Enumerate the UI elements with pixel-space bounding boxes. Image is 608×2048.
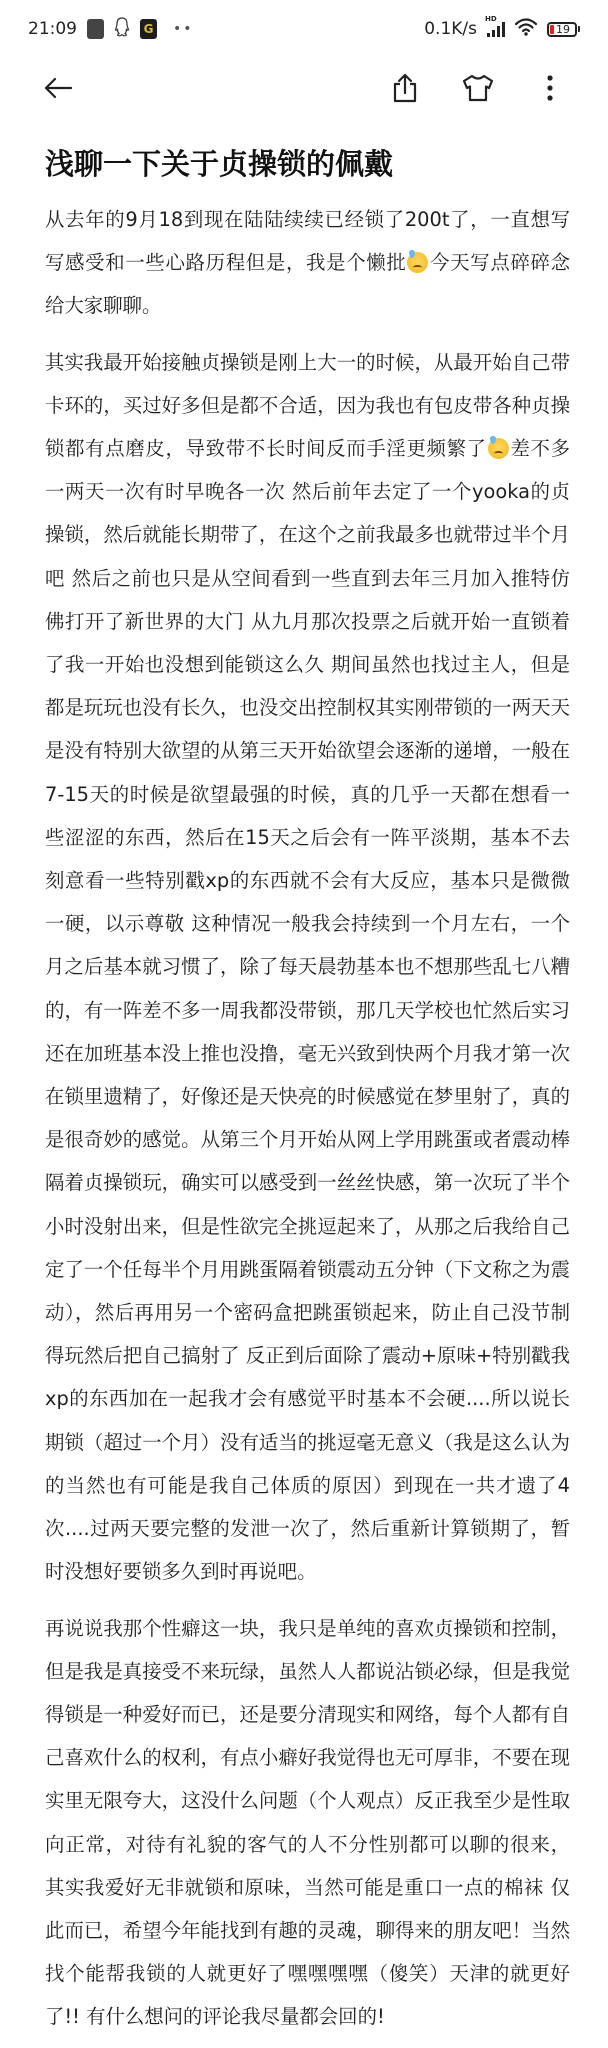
article-body: 从去年的9月18到现在陆陆续续已经锁了200t了，一直想写写感受和一些心路历程但… [45,198,570,2048]
clock: 21:09 [28,19,77,39]
back-button[interactable] [38,70,78,110]
battery-level-indicator [550,25,554,34]
hd-label: HD [485,15,497,23]
status-right: 0.1K/s HD 19 [424,18,580,41]
more-options-button[interactable] [530,70,570,110]
qq-penguin-icon [114,17,130,42]
hd-signal-icon: HD [487,21,505,37]
network-speed: 0.1K/s [424,19,477,39]
wifi-icon [515,18,537,41]
downcast-sweat-face-emoji-icon [407,252,428,273]
arrow-left-icon [43,77,73,103]
g-app-icon: G [140,19,157,39]
paragraph-text: 差不多一两天一次有时早晚各一次 然后前年去定了一个yooka的贞操锁，然后就能长… [45,437,570,1583]
app-square-icon [87,19,104,39]
top-nav-bar [0,62,608,118]
battery-icon: 19 [547,22,580,37]
status-bar: 21:09 G •• 0.1K/s HD 19 [0,0,608,58]
outfit-button[interactable] [458,70,498,110]
article-paragraph-1: 从去年的9月18到现在陆陆续续已经锁了200t了，一直想写写感受和一些心路历程但… [45,198,570,328]
status-left: 21:09 G •• [28,17,194,42]
share-icon [392,73,418,107]
article-paragraph-2: 其实我最开始接触贞操锁是刚上大一的时候，从最开始自己带卡环的，买过好多但是都不合… [45,341,570,1594]
more-notifications-icon: •• [173,21,194,37]
battery-percent: 19 [556,23,570,36]
tshirt-icon [461,74,495,106]
article-title: 浅聊一下关于贞操锁的佩戴 [45,140,565,188]
more-vertical-icon [546,74,554,106]
article-paragraph-3: 再说说我那个性癖这一块，我只是单纯的喜欢贞操锁和控制，但是我是真接受不来玩绿，虽… [45,1607,570,2039]
downcast-sweat-face-emoji-icon [488,438,509,459]
share-button[interactable] [385,70,425,110]
